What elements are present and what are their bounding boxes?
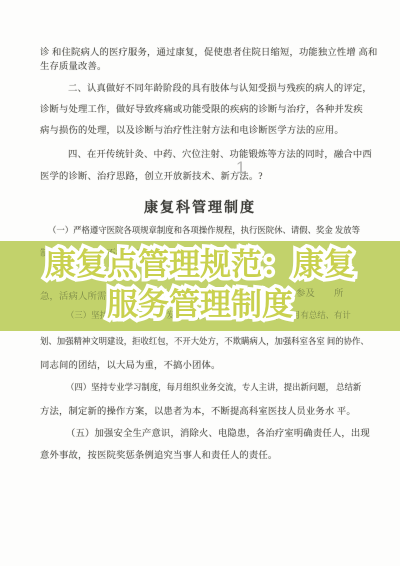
doc-line: 方法，制定新的操作方案，以患者为本，不断提高科室医技人员业务水 平。 — [40, 403, 356, 417]
doc-line: 同志间的团结，以大局为重，不搞小团体。 — [40, 357, 220, 371]
doc-line: 诊 和住院病人的医疗服务，通过康复，促使患者住院日缩短，功能独立性增 高和 — [40, 44, 377, 58]
doc-line: 病与损伤的处理，以及诊断与治疗性注射方法和电诊断医学方法的应用。 — [40, 122, 344, 136]
overlay-title-line1: 康复点管理规范：康复 康复点管理规范：康复 — [0, 245, 400, 285]
doc-line: 诊断与处理工作，做好导致疼痛或功能受限的疾病的诊断与治疗，各种并发疾 — [40, 101, 363, 115]
document-page: 诊 和住院病人的医疗服务，通过康复，促使患者住院日缩短，功能独立性增 高和 生存… — [0, 0, 400, 566]
doc-line: （五）加强安全生产意识，消除火、电隐患，各治疗室明确责任人，出现 — [66, 425, 370, 439]
page-number: 1 — [236, 158, 245, 178]
overlay-title-text: 服务管理制度 — [107, 287, 293, 322]
section-heading: 康复科管理制度 — [0, 197, 400, 217]
doc-line: 二、认真做好不同年龄阶段的具有肢体与认知受损与残疾的病人的评定， — [68, 80, 372, 94]
doc-line: （四）坚持专业学习制度，每月组织业务交流，专人主讲，提出新问题， 总结新 — [66, 381, 361, 393]
doc-line: 四、在开传统针灸、中药、穴位注射、功能锻炼等方法的同时，融合中西 — [68, 146, 372, 160]
doc-line: 生存质量改善。 — [40, 58, 106, 72]
overlay-title-line2: 服务管理制度 服务管理制度 — [0, 285, 400, 325]
doc-line: 医学的诊断、治疗思路，创立开放新技术、新方法。? — [40, 168, 263, 182]
overlay-title-text: 康复点管理规范：康复 — [45, 247, 355, 282]
doc-line: （一）严格遵守医院各项规章制度和各项操作规程，执行医院休、请假、奖金 发放等 — [48, 224, 360, 236]
doc-line: 划、加强精神文明建设，拒收红包，不开大处方，不欺瞒病人，加强科室各室 间的协作、 — [40, 335, 369, 347]
doc-line: 意外事故，按医院奖惩条例追究当事人和责任人的责任。 — [40, 447, 277, 461]
overlay-title: 康复点管理规范：康复 康复点管理规范：康复 服务管理制度 服务管理制度 — [0, 245, 400, 325]
